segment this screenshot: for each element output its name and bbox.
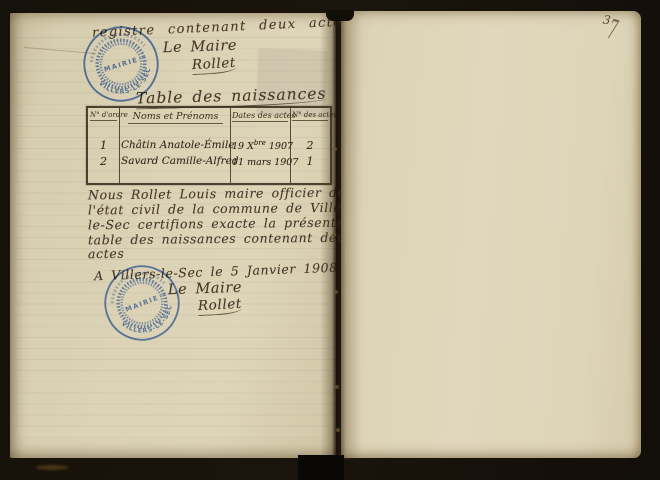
date-year: 1907: [266, 141, 293, 152]
table-row-name: Châtin Anatole-Émile: [121, 139, 229, 151]
certification-line: actes: [88, 246, 124, 261]
stamp-center-text: MAIRIE: [103, 56, 139, 74]
table-row-order: 1: [90, 139, 117, 152]
spine-tab: [298, 455, 344, 480]
col-header-dates: Dates des actes: [232, 111, 288, 122]
stitch-hole: [334, 290, 338, 294]
col-header-names: Noms et Prénoms: [128, 111, 223, 124]
date-superscript: bre: [254, 139, 266, 147]
certification-line: table des naissances contenant deux: [88, 230, 353, 248]
binding-notch: [326, 10, 354, 21]
stamp-center-text: MAIRIE: [124, 294, 160, 314]
stitch-hole: [336, 428, 340, 432]
stitch-hole: [335, 385, 339, 389]
table-row-act-number: 2: [292, 139, 328, 152]
col-header-act-number: N° des actes: [292, 111, 328, 121]
mayor-signature-top: Rollet: [192, 55, 237, 75]
table-row-act-number: 1: [292, 155, 328, 168]
left-page: registre contenant deux actes. Le Maire …: [10, 13, 336, 458]
table-row-order: 2: [90, 155, 117, 168]
table-row-date: 11 mars 1907: [232, 155, 288, 168]
date-main: 11 mars 1907: [232, 157, 298, 168]
scanned-register-photo: registre contenant deux actes. Le Maire …: [0, 0, 660, 480]
date-main: 19 X: [232, 141, 254, 152]
births-table: N° d'ordre Noms et Prénoms Dates des act…: [86, 106, 332, 185]
stitch-hole: [333, 147, 337, 151]
stitch-hole: [332, 233, 336, 237]
mayor-signature-bottom: Rollet: [198, 296, 243, 316]
paper-stain: [36, 465, 68, 470]
table-row-date: 19 Xbre 1907: [232, 139, 288, 152]
table-row-name: Savard Camille-Alfred: [121, 155, 229, 167]
right-page: 3 7: [341, 11, 641, 458]
